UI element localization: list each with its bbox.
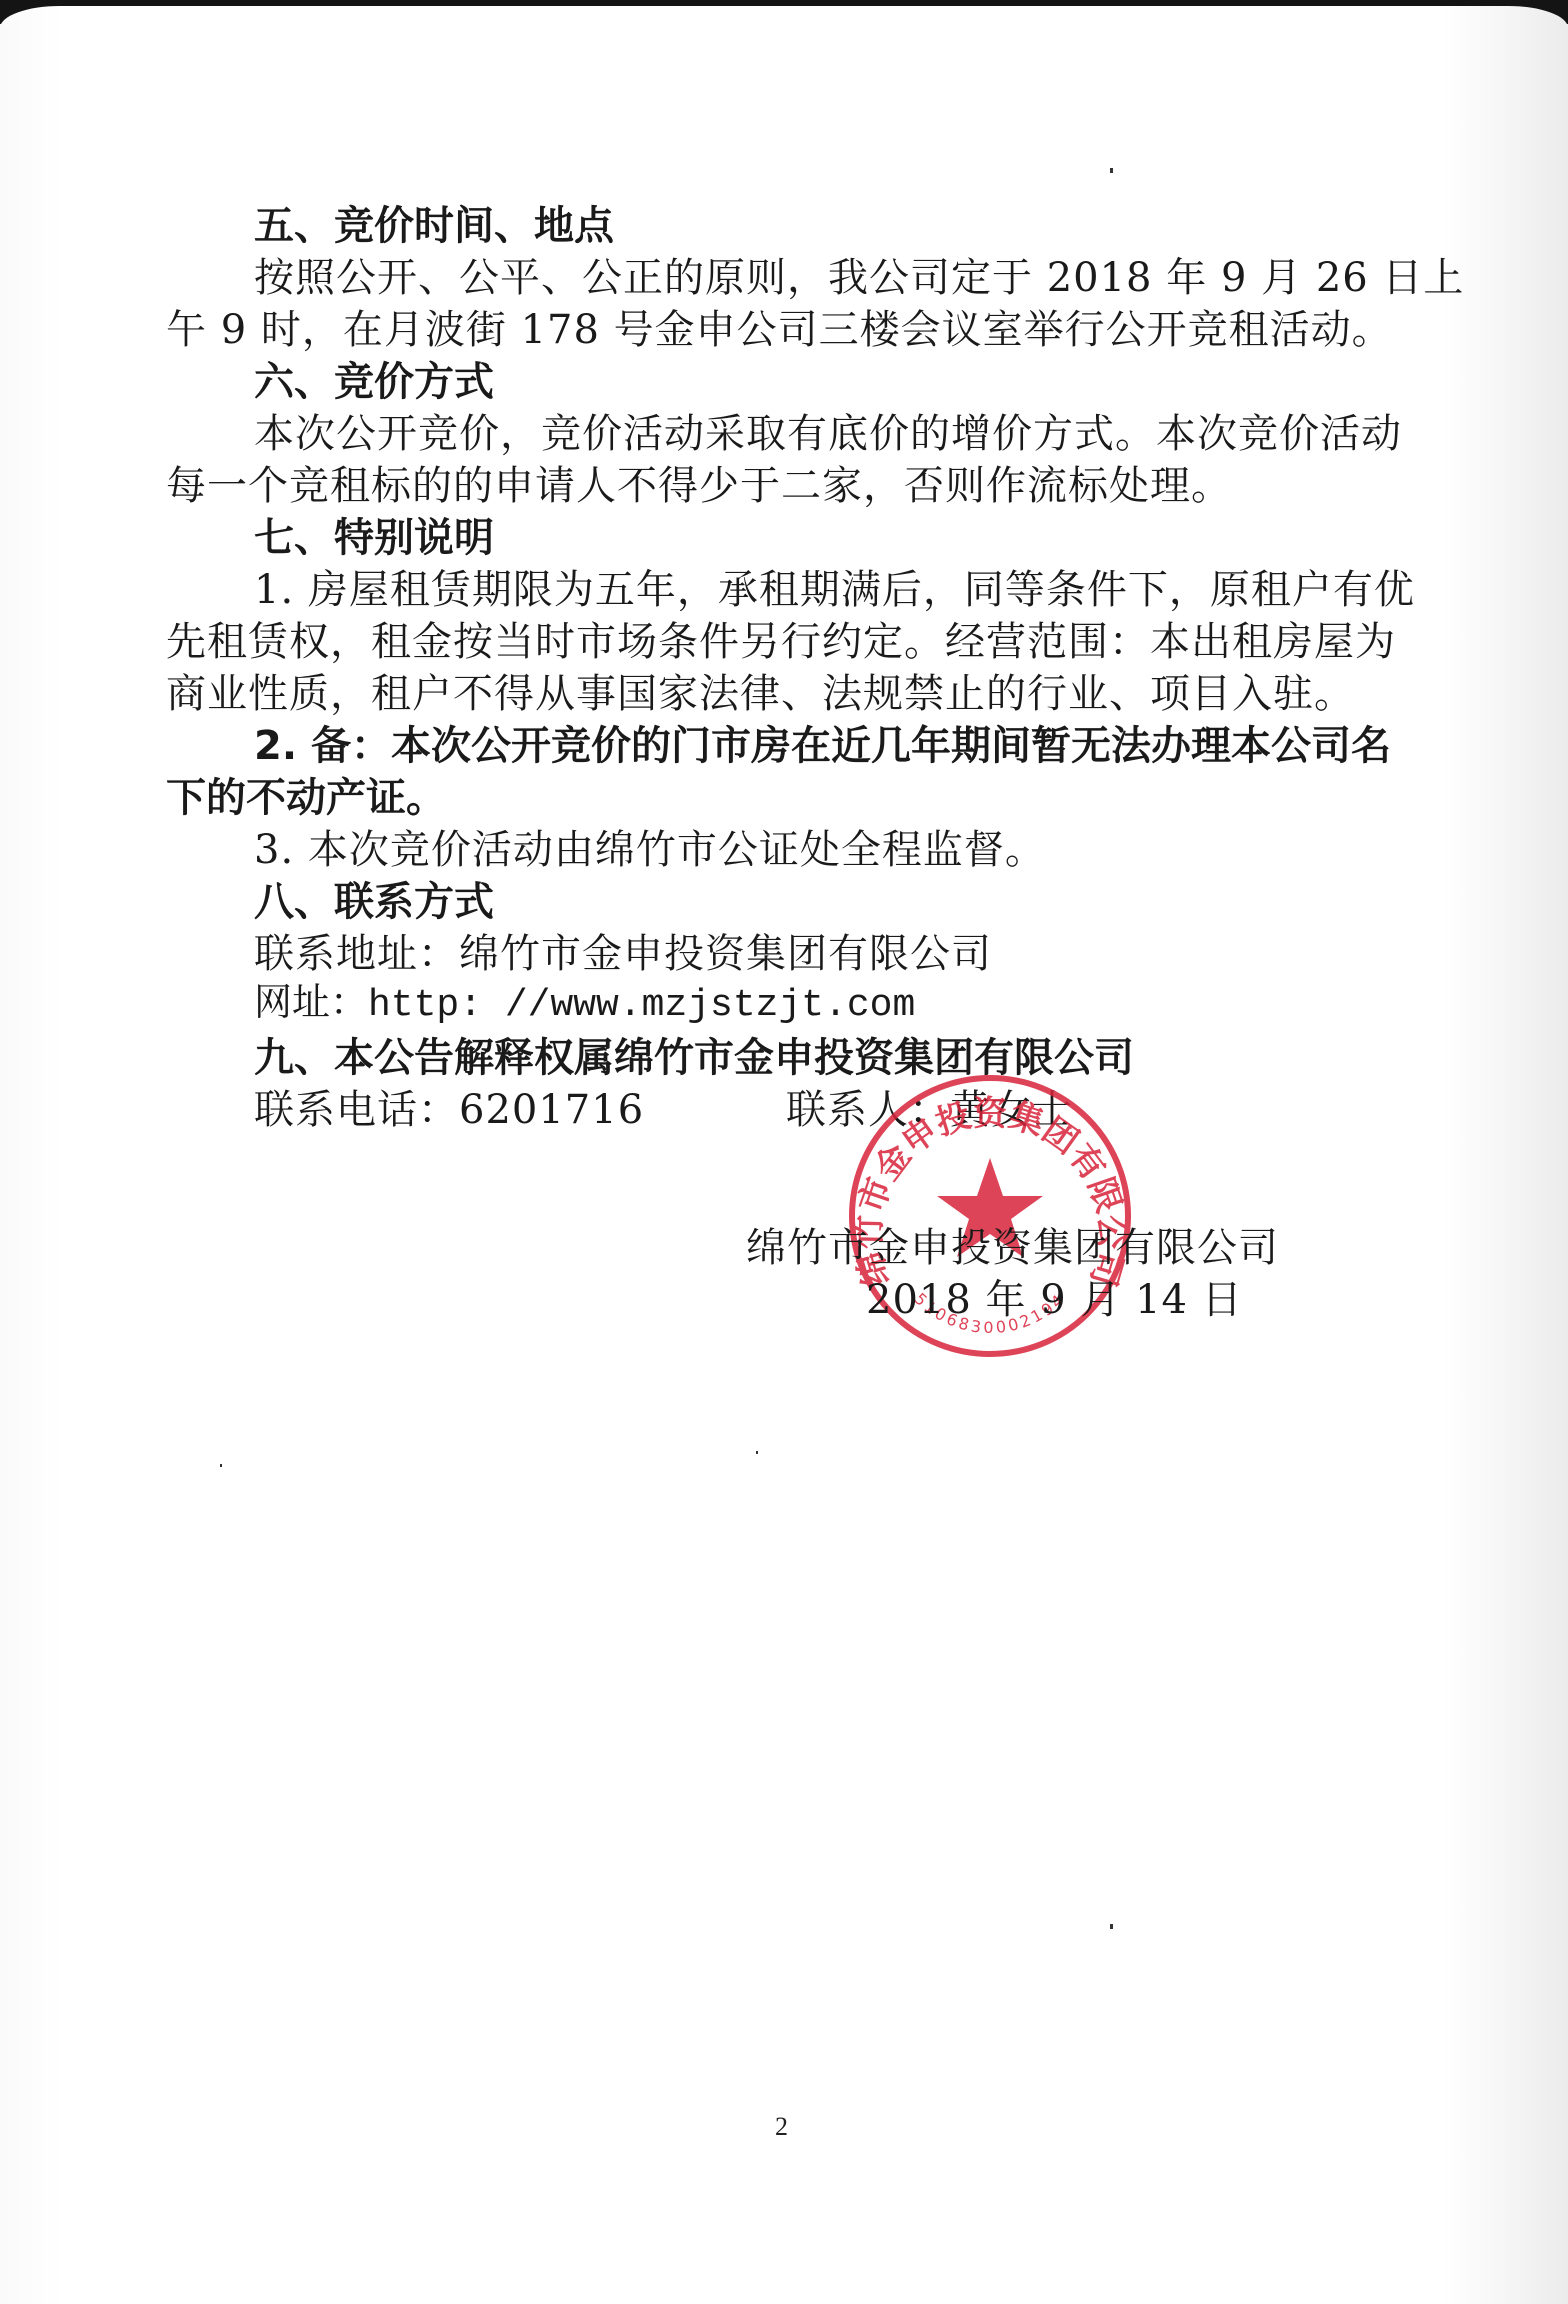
contact-phone: 联系电话：6201716 xyxy=(254,1086,644,1134)
paragraph-line: 1. 房屋租赁期限为五年，承租期满后，同等条件下，原租户有优 xyxy=(254,566,1415,614)
signature-date: 2018 年 9 月 14 日 xyxy=(866,1276,1243,1324)
paragraph-line-bold: 下的不动产证。 xyxy=(166,774,446,822)
paragraph-line: 本次公开竞价，竞价活动采取有底价的增价方式。本次竞价活动 xyxy=(254,410,1402,458)
paragraph-line: 商业性质，租户不得从事国家法律、法规禁止的行业、项目入驻。 xyxy=(166,670,1355,718)
section-heading-6: 六、竞价方式 xyxy=(254,358,494,406)
paragraph-line: 每一个竞租标的的申请人不得少于二家，否则作流标处理。 xyxy=(166,462,1232,510)
page-number: 2 xyxy=(775,2112,788,2142)
paragraph-line: 先租赁权，租金按当时市场条件另行约定。经营范围：本出租房屋为 xyxy=(166,618,1396,666)
scan-speck xyxy=(756,1451,758,1454)
website-link[interactable]: 网址：http: //www.mzjstzjt.com xyxy=(254,982,915,1030)
paragraph-line: 3. 本次竞价活动由绵竹市公证处全程监督。 xyxy=(254,826,1046,874)
section-heading-9: 九、本公告解释权属绵竹市金申投资集团有限公司 xyxy=(254,1034,1134,1082)
paragraph-line: 按照公开、公平、公正的原则，我公司定于 2018 年 9 月 26 日上 xyxy=(254,254,1464,302)
section-heading-8: 八、联系方式 xyxy=(254,878,494,926)
paragraph-line: 午 9 时，在月波街 178 号金申公司三楼会议室举行公开竞租活动。 xyxy=(166,306,1393,354)
section-heading-7: 七、特别说明 xyxy=(254,514,494,562)
scan-speck xyxy=(220,1464,222,1467)
scan-speck xyxy=(1110,1924,1113,1929)
paragraph-line-bold: 2. 备：本次公开竞价的门市房在近几年期间暂无法办理本公司名 xyxy=(254,722,1391,770)
contact-person: 联系人：黄女士 xyxy=(786,1086,1073,1134)
contact-address: 联系地址：绵竹市金申投资集团有限公司 xyxy=(254,930,992,978)
scan-speck xyxy=(1110,168,1113,173)
document-page: 五、竞价时间、地点 按照公开、公平、公正的原则，我公司定于 2018 年 9 月… xyxy=(0,6,1568,2304)
signature-company: 绵竹市金申投资集团有限公司 xyxy=(746,1224,1279,1272)
section-heading-5: 五、竞价时间、地点 xyxy=(254,202,614,250)
